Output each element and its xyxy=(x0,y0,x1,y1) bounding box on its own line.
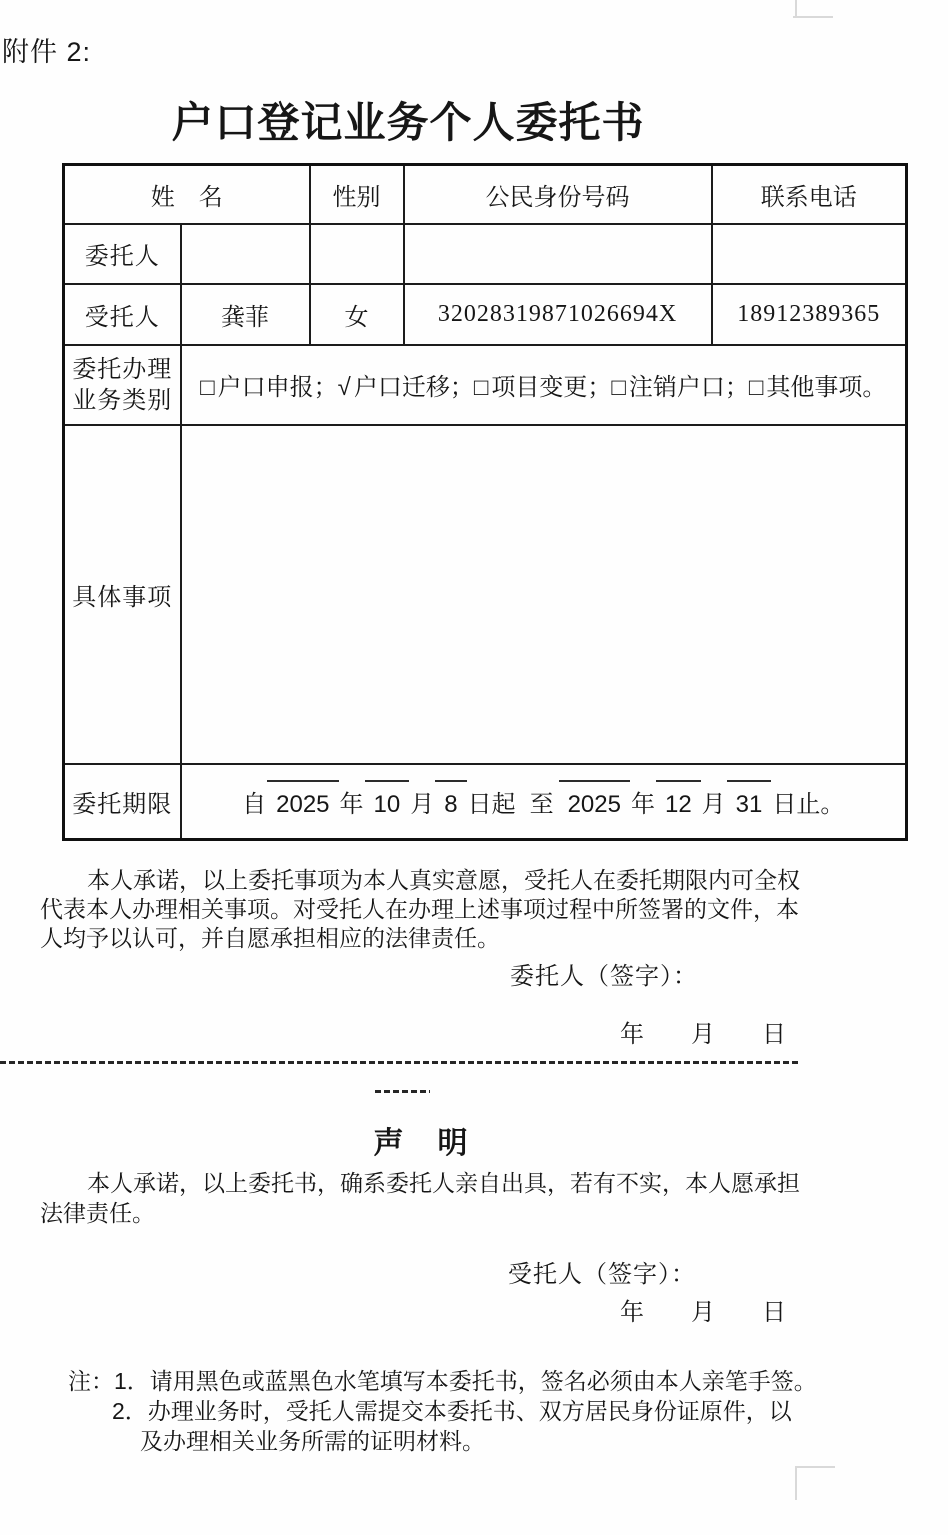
document-page: 附件 2: 户口登记业务个人委托书 姓 名 性别 公民身份号码 联系电话 委托人… xyxy=(0,0,948,1535)
principal-label: 委托人 xyxy=(64,224,181,284)
period-month-unit: 月 xyxy=(702,784,726,819)
trustee-gender-cell: 女 xyxy=(310,284,404,345)
checkbox-unchecked-icon: □ xyxy=(611,374,626,402)
checkbox-unchecked-icon: □ xyxy=(474,374,489,402)
trustee-phone-cell: 18912389365 xyxy=(712,284,907,345)
day-label: 日 xyxy=(762,1292,786,1327)
declaration-title: 声 明 xyxy=(0,1118,843,1162)
option-other: □其他事项。 xyxy=(749,374,887,401)
business-type-row: 委托办理 业务类别 □户口申报；√户口迁移；□项目变更；□注销户口；□其他事项。 xyxy=(64,345,907,425)
page-title: 户口登记业务个人委托书 xyxy=(168,90,648,150)
period-start-suffix: 日起 xyxy=(468,784,516,819)
period-value-cell: 自2025年10月8日起至2025年12月31日止。 xyxy=(181,764,907,840)
details-label: 具体事项 xyxy=(64,425,181,764)
period-end-day: 31 xyxy=(736,791,763,819)
business-type-label: 委托办理 业务类别 xyxy=(64,345,181,425)
authorization-table: 姓 名 性别 公民身份号码 联系电话 委托人 受托人 龚菲 女 32028319… xyxy=(62,163,908,841)
period-from: 自 xyxy=(242,784,266,819)
period-start-month: 10 xyxy=(374,791,401,819)
period-month-unit: 月 xyxy=(410,784,434,819)
period-end-month: 12 xyxy=(665,791,692,819)
checkmark-icon: √ xyxy=(338,374,351,402)
period-end-year: 2025 xyxy=(568,791,621,819)
crop-mark-bottom-right-vertical xyxy=(795,1466,797,1500)
header-gender: 性别 xyxy=(310,165,404,224)
crop-mark-top-right-horizontal xyxy=(793,16,833,18)
principal-row: 委托人 xyxy=(64,224,907,284)
period-year-unit: 年 xyxy=(631,784,655,819)
period-year-unit: 年 xyxy=(340,784,364,819)
notes-block: 注：1．请用黑色或蓝黑色水笔填写本委托书，签名必须由本人亲笔手签。 2．办理业务… xyxy=(68,1366,817,1456)
header-id-number: 公民身份号码 xyxy=(404,165,712,224)
trustee-name-cell: 龚菲 xyxy=(181,284,310,345)
checkbox-unchecked-icon: □ xyxy=(200,374,215,402)
trustee-id-cell: 32028319871026694X xyxy=(404,284,712,345)
option-household-move: √户口迁移； xyxy=(338,374,474,401)
crop-mark-bottom-right-horizontal xyxy=(795,1466,835,1468)
option-cancel-household: □注销户口； xyxy=(611,374,749,401)
month-label: 月 xyxy=(691,1014,715,1049)
details-row: 具体事项 xyxy=(64,425,907,764)
period-end-suffix: 日止。 xyxy=(772,784,844,819)
period-start-day: 8 xyxy=(444,791,457,819)
period-row: 委托期限 自2025年10月8日起至2025年12月31日止。 xyxy=(64,764,907,840)
header-name: 姓 名 xyxy=(64,165,310,224)
trustee-row: 受托人 龚菲 女 32028319871026694X 18912389365 xyxy=(64,284,907,345)
declaration-paragraph: 本人承诺，以上委托书，确系委托人亲自出具，若有不实，本人愿承担 法律责任。 xyxy=(40,1168,908,1228)
dashed-separator-short xyxy=(375,1090,430,1093)
header-phone: 联系电话 xyxy=(712,165,907,224)
table-header-row: 姓 名 性别 公民身份号码 联系电话 xyxy=(64,165,907,224)
day-label: 日 xyxy=(762,1014,786,1049)
note-2-continued: 及办理相关业务所需的证明材料。 xyxy=(68,1426,817,1456)
period-label: 委托期限 xyxy=(64,764,181,840)
year-label: 年 xyxy=(620,1292,644,1327)
note-1: 注：1．请用黑色或蓝黑色水笔填写本委托书，签名必须由本人亲笔手签。 xyxy=(68,1366,817,1396)
attachment-label: 附件 2: xyxy=(2,30,91,69)
year-label: 年 xyxy=(620,1014,644,1049)
principal-gender-cell xyxy=(310,224,404,284)
principal-signature-label: 委托人（签字）： xyxy=(510,956,698,991)
note-2: 2．办理业务时，受托人需提交本委托书、双方居民身份证原件，以 xyxy=(68,1396,817,1426)
option-household-declare: □户口申报； xyxy=(200,374,338,401)
checkbox-unchecked-icon: □ xyxy=(749,374,764,402)
month-label: 月 xyxy=(691,1292,715,1327)
trustee-signature-label: 受托人（签字）： xyxy=(508,1254,696,1289)
principal-id-cell xyxy=(404,224,712,284)
principal-phone-cell xyxy=(712,224,907,284)
business-type-options: □户口申报；√户口迁移；□项目变更；□注销户口；□其他事项。 xyxy=(181,345,907,425)
commitment-paragraph: 本人承诺，以上委托事项为本人真实意愿，受托人在委托期限内可全权 代表本人办理相关… xyxy=(40,866,908,953)
period-to: 至 xyxy=(530,784,554,819)
trustee-label: 受托人 xyxy=(64,284,181,345)
details-value-cell xyxy=(181,425,907,764)
commitment-date-line: 年 月 日 xyxy=(620,1014,786,1049)
dashed-separator xyxy=(0,1061,800,1064)
period-start-year: 2025 xyxy=(276,791,329,819)
option-item-change: □项目变更； xyxy=(474,374,612,401)
principal-name-cell xyxy=(181,224,310,284)
declaration-date-line: 年 月 日 xyxy=(620,1292,786,1327)
